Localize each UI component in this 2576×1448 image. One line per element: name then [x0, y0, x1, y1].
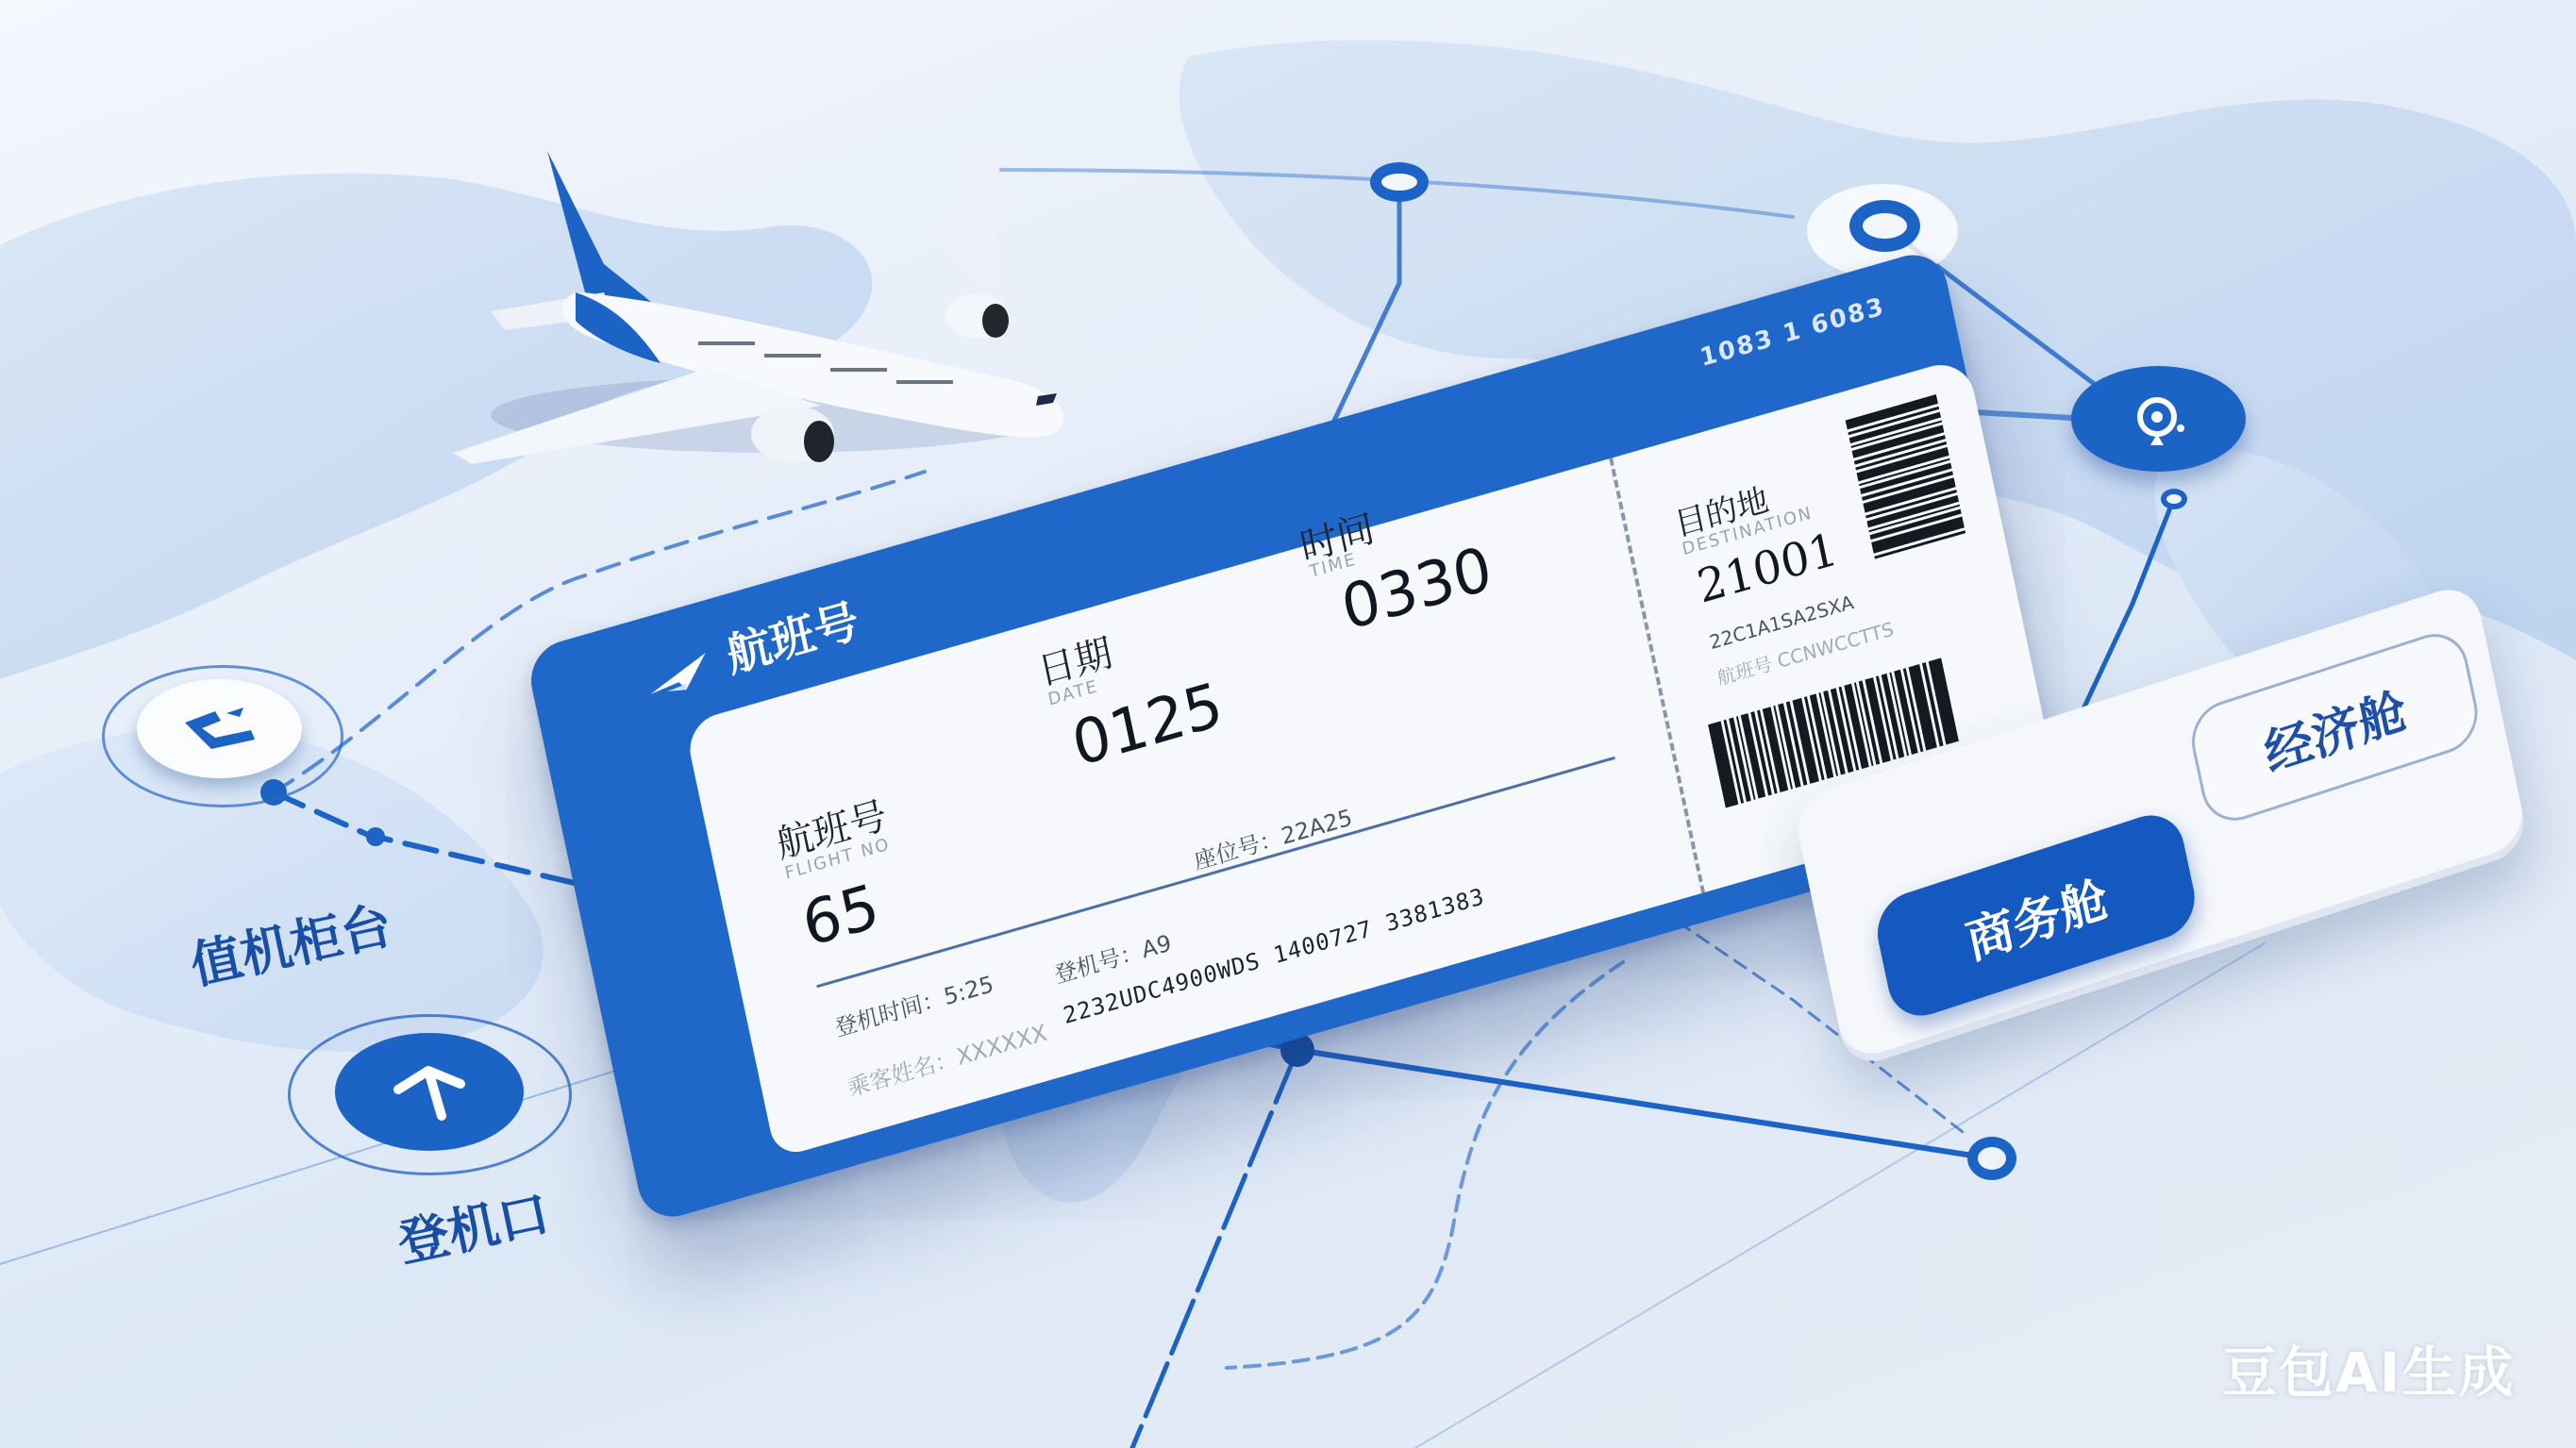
- check-in-node[interactable]: [137, 679, 302, 778]
- seat-number: 座位号：22A25: [1191, 798, 1355, 875]
- vertical-barcode: [1846, 394, 1967, 568]
- globe-pin-icon: [2126, 391, 2192, 447]
- hub-node-4[interactable]: [2161, 489, 2187, 509]
- hub-node-3[interactable]: [2071, 366, 2246, 472]
- travel-scene: 值机柜台 登机口 航班号 1083 1 6083 航班号 FLIGHT NO 6…: [0, 0, 2576, 1448]
- airplane-icon: [415, 132, 1095, 491]
- ai-watermark: 豆包AI生成: [2222, 1328, 2515, 1407]
- gate-node[interactable]: [335, 1033, 524, 1151]
- flight-number-value: 65: [796, 872, 885, 961]
- up-arrow-icon: [387, 1059, 472, 1125]
- hub-node-2[interactable]: [1849, 200, 1920, 252]
- hub-node-1[interactable]: [1370, 162, 1429, 202]
- destination-node[interactable]: [1967, 1137, 2016, 1180]
- check-in-counter-icon: [177, 706, 262, 753]
